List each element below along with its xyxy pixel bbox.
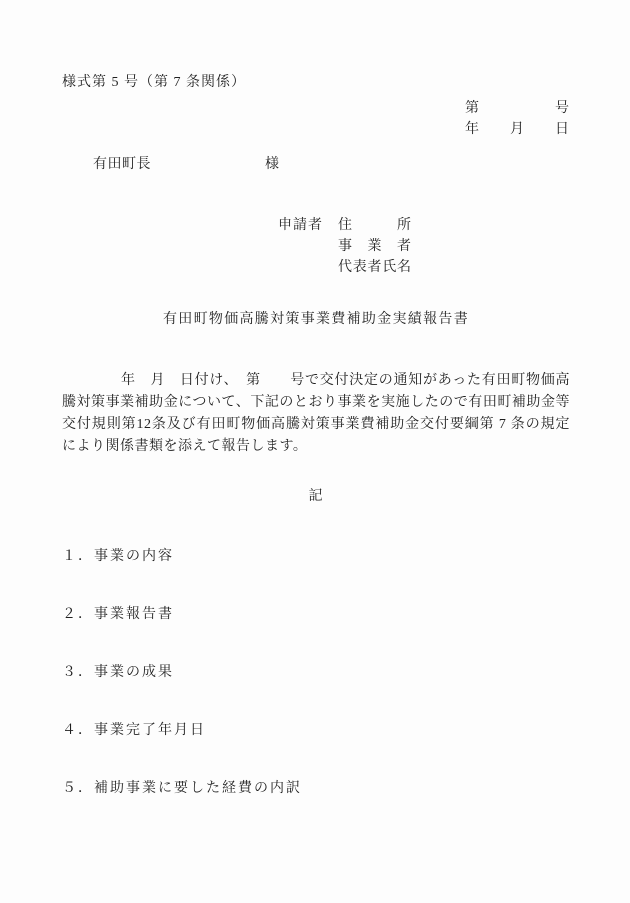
applicant-row-address: 申請者住 所 <box>278 215 570 236</box>
applicant-row-representative: 代表者氏名 <box>278 257 570 278</box>
recipient-line: 有田町長様 <box>62 155 570 174</box>
issue-number-line: 第 号 <box>62 98 570 119</box>
body-paragraph: 年 月 日付け、 第 号で交付決定の通知があった有田町物価高騰対策事業補助金につ… <box>62 370 570 458</box>
section-marker: 記 <box>62 487 570 507</box>
applicant-address-label: 住 所 <box>338 215 411 236</box>
applicant-business-label: 事 業 者 <box>338 236 411 257</box>
applicant-representative-label: 代表者氏名 <box>338 257 411 278</box>
document-page: 様式第 5 号（第 7 条関係） 第 号 年 月 日 有田町長様 申請者住 所 … <box>0 0 630 903</box>
applicant-row-business: 事 業 者 <box>278 236 570 257</box>
list-item-4: ４．事業完了年月日 <box>62 721 570 741</box>
form-number: 様式第 5 号（第 7 条関係） <box>62 73 570 92</box>
list-item-2: ２．事業報告書 <box>62 605 570 625</box>
issue-date-line: 年 月 日 <box>62 119 570 140</box>
document-title: 有田町物価高騰対策事業費補助金実績報告書 <box>62 310 570 330</box>
list-item-5: ５．補助事業に要した経費の内訳 <box>62 779 570 799</box>
item-list: １．事業の内容 ２．事業報告書 ３．事業の成果 ４．事業完了年月日 ５．補助事業… <box>62 547 570 799</box>
list-item-3: ３．事業の成果 <box>62 663 570 683</box>
recipient-name: 有田町長 <box>93 157 151 172</box>
recipient-honorific: 様 <box>265 157 280 172</box>
list-item-1: １．事業の内容 <box>62 547 570 567</box>
applicant-block: 申請者住 所 事 業 者 代表者氏名 <box>278 215 570 278</box>
applicant-label: 申請者 <box>278 215 338 236</box>
